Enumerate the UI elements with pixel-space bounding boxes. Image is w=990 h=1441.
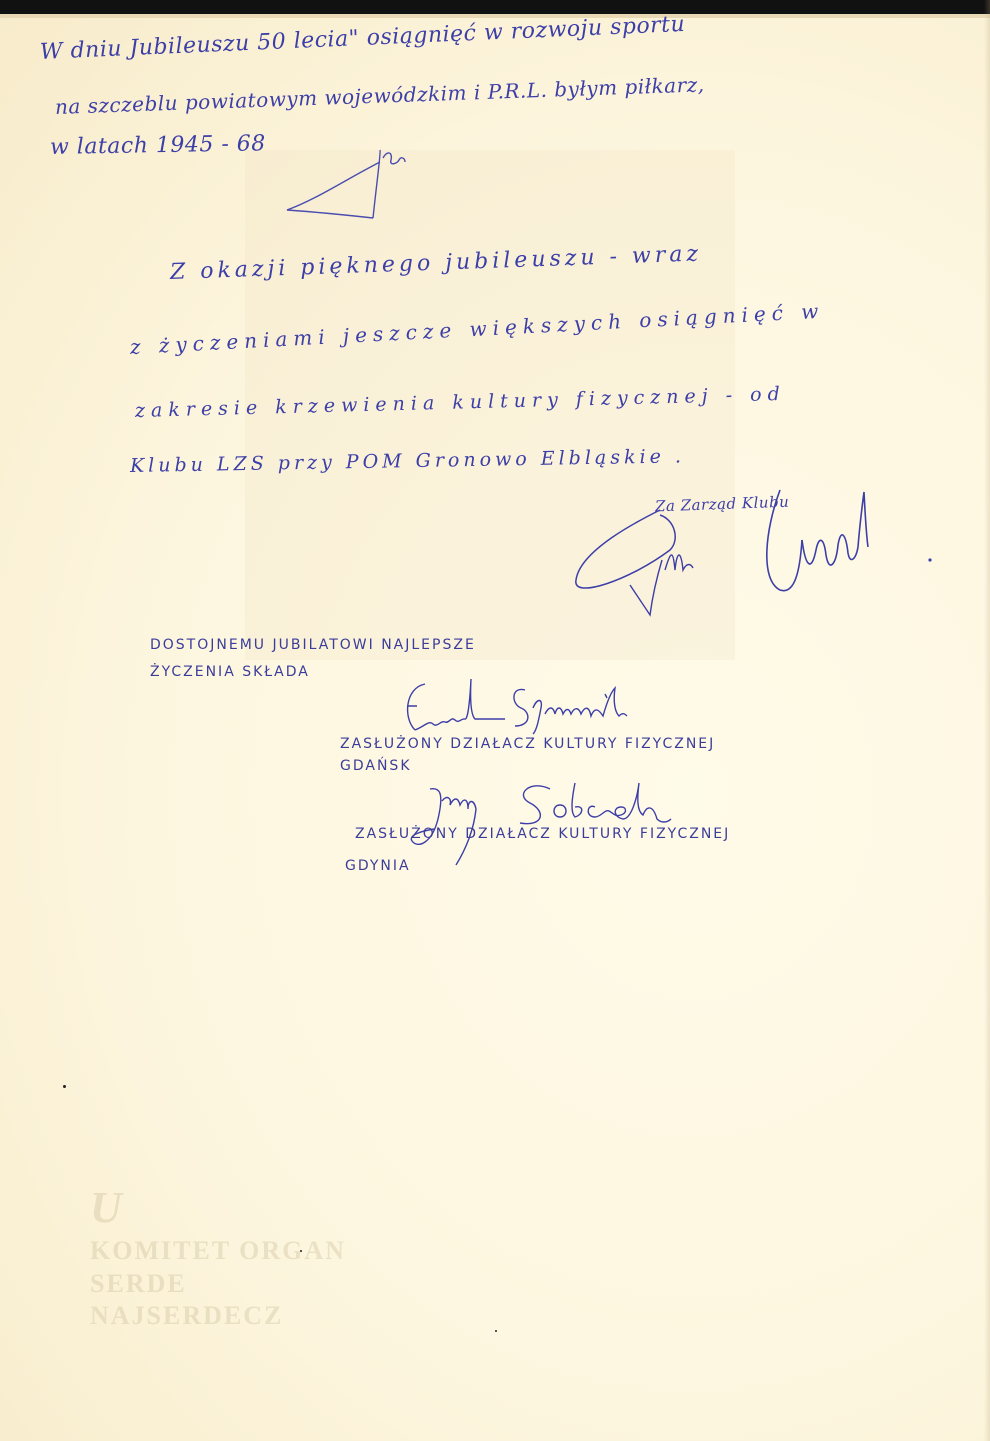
show-through-line-1: U	[90, 1180, 346, 1235]
document-page: W dniu Jubileuszu 50 lecia" osiągnięć w …	[0, 0, 990, 1441]
signature-szymanowski	[395, 678, 695, 738]
signature-1	[285, 140, 435, 230]
signer-1-city: GDAŃSK	[340, 758, 412, 774]
paper-speck	[63, 1085, 66, 1088]
dedication-1-line-1: W dniu Jubileuszu 50 lecia" osiągnięć w …	[39, 12, 685, 65]
dedication-3-line-1: DOSTOJNEMU JUBILATOWI NAJLEPSZE	[150, 637, 476, 653]
signer-1-title: ZASŁUŻONY DZIAŁACZ KULTURY FIZYCZNEJ	[340, 736, 715, 752]
show-through-print: U KOMITET ORGAN SERDE NAJSERDECZ	[90, 1180, 346, 1333]
paper-speck	[495, 1330, 497, 1332]
signer-2-title: ZASŁUŻONY DZIAŁACZ KULTURY FIZYCZNEJ	[355, 826, 730, 842]
dedication-1-line-2: na szczeblu powiatowym wojewódzkim i P.R…	[55, 72, 705, 119]
signer-2-city: GDYNIA	[345, 858, 411, 874]
show-through-line-4: NAJSERDECZ	[90, 1300, 346, 1333]
signature-2	[570, 470, 940, 620]
paper-speck	[300, 1250, 302, 1252]
dedication-1-line-3: w latach 1945 - 68	[50, 131, 266, 160]
scan-top-border	[0, 0, 990, 18]
show-through-line-2: KOMITET ORGAN	[90, 1235, 346, 1268]
show-through-line-3: SERDE	[90, 1268, 346, 1301]
dedication-3-line-2: ŻYCZENIA SKŁADA	[150, 664, 310, 680]
signature-sobczak	[400, 775, 700, 855]
scan-right-edge	[984, 0, 990, 1441]
